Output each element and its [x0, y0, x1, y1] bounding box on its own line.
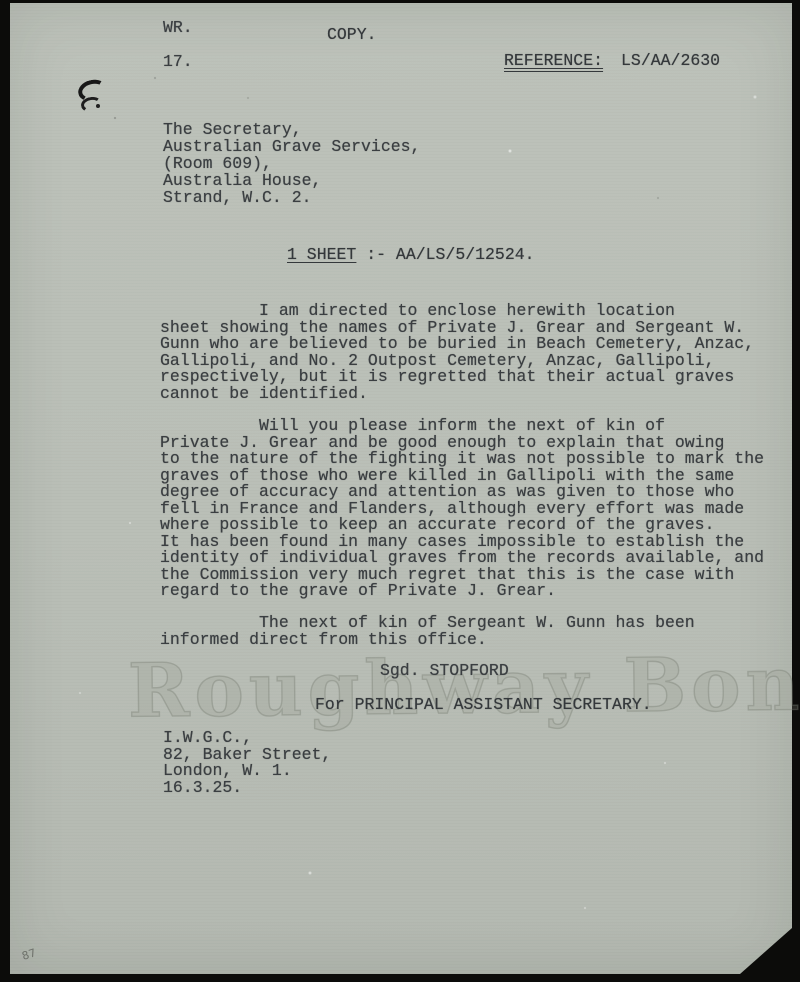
subject-reference: :- AA/LS/5/12524. [356, 245, 534, 264]
body-paragraph-1: I am directed to enclose herewith locati… [160, 303, 754, 402]
copy-stamp: COPY. [327, 27, 377, 44]
reference-line: REFERENCE:LS/AA/2630 [504, 53, 720, 70]
subject-line: 1 SHEET :- AA/LS/5/12524. [287, 247, 535, 264]
body-paragraph-2: Will you please inform the next of kin o… [160, 418, 764, 600]
sender-address: I.W.G.C., 82, Baker Street, London, W. 1… [163, 730, 331, 796]
body-paragraph-3: The next of kin of Sergeant W. Gunn has … [160, 615, 695, 648]
signature-line: Sgd. STOPFORD [380, 663, 509, 680]
header-page-number: 17. [163, 54, 193, 71]
pen-dot-icon [96, 104, 100, 108]
letter-content: WR. COPY. 17. REFERENCE:LS/AA/2630 The S… [0, 0, 800, 982]
scanned-letter: Roughway Bond WR. COPY. 17. REFERENCE:LS… [0, 0, 800, 982]
recipient-address: The Secretary, Australian Grave Services… [163, 122, 420, 207]
signature-for-line: For PRINCIPAL ASSISTANT SECRETARY. [315, 697, 652, 714]
header-initials: WR. [163, 20, 193, 37]
reference-label: REFERENCE: [504, 51, 603, 70]
subject-sheet-label: 1 SHEET [287, 245, 356, 264]
reference-value: LS/AA/2630 [621, 51, 720, 70]
